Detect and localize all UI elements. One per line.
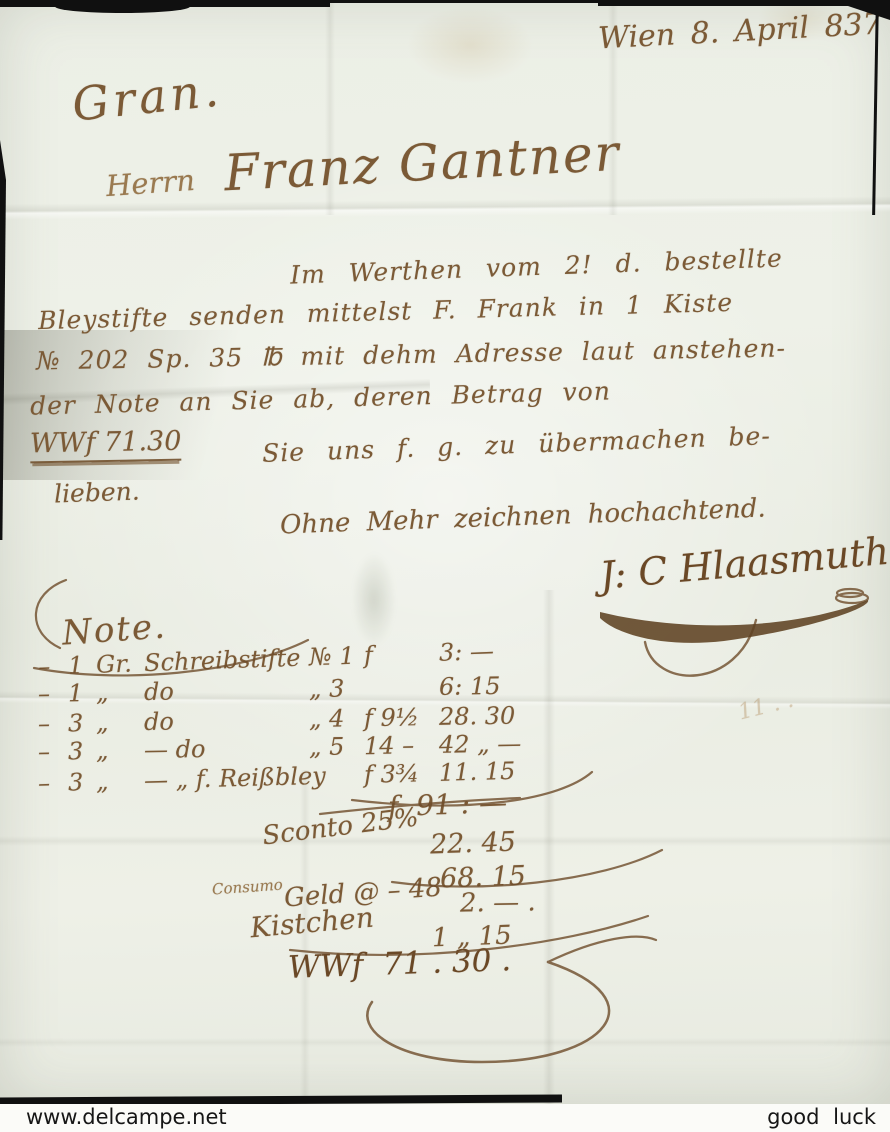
body-line-amount: WWf 71.30	[30, 426, 182, 460]
row-amount: 11. 15	[439, 755, 599, 787]
row-rate: f 9½	[364, 703, 439, 732]
row-no	[309, 761, 365, 790]
row-unit: „	[96, 767, 145, 796]
row-dash: –	[38, 737, 68, 766]
row-qty: 3	[68, 709, 96, 737]
body-line: lieben.	[54, 477, 141, 509]
row-no: „ 4	[309, 704, 364, 733]
note-title: Note.	[61, 606, 168, 653]
row-no: № 1	[309, 641, 365, 671]
row-amount: 6: 15	[439, 670, 598, 701]
row-desc: do	[144, 675, 309, 706]
scan-edge-top	[330, 0, 600, 3]
row-desc: Schreibstifte	[144, 643, 310, 677]
sconto-amount: 22. 45	[429, 827, 516, 861]
row-unit: „	[96, 708, 144, 737]
consumo-amount: 2. — .	[460, 887, 536, 918]
sum-amount: 91 : —	[416, 786, 508, 822]
scan-edge-top	[55, 0, 190, 13]
row-dash: –	[38, 679, 68, 708]
letter-scan: Wien 8. April 837 Gran. Herrn Franz Gant…	[0, 0, 890, 1132]
watermark-left: www.delcampe.net	[26, 1105, 227, 1129]
row-desc: — do	[144, 733, 309, 764]
row-unit: „	[96, 736, 144, 765]
row-qty: 1	[68, 651, 97, 680]
row-rate: 14 –	[364, 731, 439, 760]
row-no: „ 3	[309, 674, 364, 703]
row-qty: 3	[68, 737, 96, 765]
row-qty: 3	[68, 768, 97, 797]
row-dash: –	[38, 769, 69, 798]
row-rate: f	[363, 639, 439, 670]
row-desc: — „ f. Reißbley	[144, 762, 310, 794]
addressee-prefix: Herrn	[105, 163, 196, 203]
watermark-bar: www.delcampe.net good luck	[0, 1104, 890, 1132]
row-qty: 1	[68, 679, 96, 707]
row-rate	[364, 673, 439, 702]
amount-underlined: WWf 71.30	[30, 426, 182, 464]
row-no: „ 5	[309, 732, 364, 761]
total-amount: 71 . 30 .	[382, 942, 511, 982]
row-amount: 28. 30	[439, 700, 598, 731]
row-unit: „	[96, 678, 144, 707]
row-desc: do	[144, 705, 309, 736]
row-unit: Gr.	[96, 649, 145, 679]
row-rate: f 3¾	[364, 759, 440, 789]
watermark-right: good luck	[767, 1105, 876, 1129]
row-dash: –	[38, 652, 69, 681]
total-label: WWf	[287, 947, 363, 986]
row-dash: –	[38, 709, 68, 738]
row-amount: 3: —	[438, 633, 598, 667]
